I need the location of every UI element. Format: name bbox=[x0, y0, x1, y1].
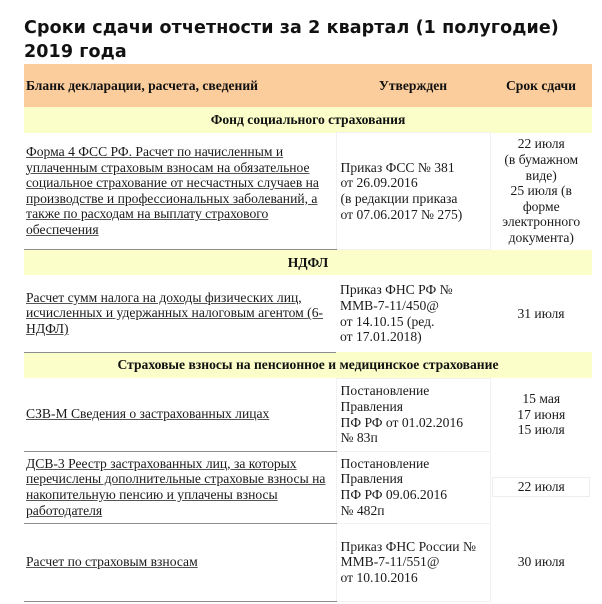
section-title: НДФЛ bbox=[24, 250, 592, 276]
text-line: от 26.09.2016 bbox=[341, 175, 486, 191]
text-line: Приказ ФНС России № bbox=[341, 539, 486, 555]
text-line: Постановление bbox=[341, 456, 486, 472]
section-row-fss: Фонд социального страхования bbox=[24, 107, 592, 133]
table-row: ДСВ-3 Реестр застрахованных лиц, за кото… bbox=[24, 451, 592, 523]
section-row-ndfl: НДФЛ bbox=[24, 250, 592, 276]
text-line: ММВ-7-11/450@ bbox=[340, 298, 486, 314]
table-row: Расчет по страховым взносам Приказ ФНС Р… bbox=[24, 523, 592, 601]
table-row: СЗВ-М Сведения о застрахованных лицах По… bbox=[24, 378, 592, 451]
text-line: 30 июля bbox=[491, 554, 593, 570]
form-link[interactable]: ДСВ-3 Реестр застрахованных лиц, за кото… bbox=[26, 456, 325, 518]
page-title: Сроки сдачи отчетности за 2 квартал (1 п… bbox=[24, 16, 584, 64]
text-line: 15 июля bbox=[491, 422, 593, 438]
text-line: Приказ ФСС № 381 bbox=[341, 160, 486, 176]
deadline-cell: 22 июля bbox=[490, 451, 592, 523]
text-line: от 17.01.2018) bbox=[340, 329, 486, 345]
approved-cell: Приказ ФНС России №ММВ-7-11/551@от 10.10… bbox=[336, 523, 490, 601]
text-line: Правления bbox=[341, 471, 486, 487]
text-line: 22 июля bbox=[491, 136, 593, 152]
text-line: 15 мая bbox=[491, 391, 593, 407]
form-cell: Расчет сумм налога на доходы физических … bbox=[24, 275, 336, 352]
form-link[interactable]: СЗВ-М Сведения о застрахованных лицах bbox=[26, 406, 269, 421]
header-form: Бланк декларации, расчета, сведений bbox=[24, 64, 336, 107]
text-line: 22 июля bbox=[493, 479, 589, 495]
deadline-cell: 31 июля bbox=[490, 275, 592, 352]
table-row: Форма 4 ФСС РФ. Расчет по начисленным и … bbox=[24, 133, 592, 250]
text-line: ПФ РФ от 01.02.2016 bbox=[341, 415, 486, 431]
section-row-pension: Страховые взносы на пенсионное и медицин… bbox=[24, 352, 592, 378]
approved-cell: Приказ ФСС № 381от 26.09.2016(в редакции… bbox=[336, 133, 490, 250]
form-link[interactable]: Расчет сумм налога на доходы физических … bbox=[26, 290, 323, 336]
approved-cell: Приказ ФНС РФ №ММВ-7-11/450@от 14.10.15 … bbox=[336, 275, 490, 352]
form-cell: СЗВ-М Сведения о застрахованных лицах bbox=[24, 378, 336, 451]
text-line: (в редакции приказа bbox=[341, 191, 486, 207]
text-line: электронного bbox=[491, 214, 593, 230]
text-line: № 482п bbox=[341, 503, 486, 519]
table-row: Расчет сумм налога на доходы физических … bbox=[24, 275, 592, 352]
section-title: Фонд социального страхования bbox=[24, 107, 592, 133]
deadline-cell: 22 июля(в бумажномвиде)25 июля (вформеэл… bbox=[490, 133, 592, 250]
deadline-cell: 15 мая17 июня15 июля bbox=[490, 378, 592, 451]
text-line: № 83п bbox=[341, 430, 486, 446]
text-line: 17 июня bbox=[491, 407, 593, 423]
deadline-box: 22 июля bbox=[492, 477, 590, 497]
deadline-cell: 30 июля bbox=[490, 523, 592, 601]
header-deadline: Срок сдачи bbox=[490, 64, 592, 107]
text-line: форме bbox=[491, 199, 593, 215]
text-line: (в бумажном bbox=[491, 152, 593, 168]
header-approved: Утвержден bbox=[336, 64, 490, 107]
text-line: от 10.10.2016 bbox=[341, 570, 486, 586]
text-line: 25 июля (в bbox=[491, 183, 593, 199]
form-cell: Форма 4 ФСС РФ. Расчет по начисленным и … bbox=[24, 133, 336, 250]
text-line: Правления bbox=[341, 399, 486, 415]
approved-cell: ПостановлениеПравленияПФ РФ 09.06.2016№ … bbox=[336, 451, 490, 523]
form-link[interactable]: Расчет по страховым взносам bbox=[26, 554, 198, 569]
section-title: Страховые взносы на пенсионное и медицин… bbox=[24, 352, 592, 378]
text-line: от 14.10.15 (ред. bbox=[340, 314, 486, 330]
text-line: Постановление bbox=[341, 383, 486, 399]
form-link[interactable]: Форма 4 ФСС РФ. Расчет по начисленным и … bbox=[26, 144, 319, 237]
approved-cell: ПостановлениеПравленияПФ РФ от 01.02.201… bbox=[336, 378, 490, 451]
text-line: ПФ РФ 09.06.2016 bbox=[341, 487, 486, 503]
text-line: документа) bbox=[491, 230, 593, 246]
text-line: виде) bbox=[491, 168, 593, 184]
table-header-row: Бланк декларации, расчета, сведений Утве… bbox=[24, 64, 592, 107]
text-line: 31 июля bbox=[490, 306, 592, 322]
form-cell: ДСВ-3 Реестр застрахованных лиц, за кото… bbox=[24, 451, 336, 523]
text-line: Приказ ФНС РФ № bbox=[340, 282, 486, 298]
form-cell: Расчет по страховым взносам bbox=[24, 523, 336, 601]
text-line: ММВ-7-11/551@ bbox=[341, 554, 486, 570]
text-line: от 07.06.2017 № 275) bbox=[341, 207, 486, 223]
reporting-deadlines-table: Бланк декларации, расчета, сведений Утве… bbox=[24, 64, 592, 602]
